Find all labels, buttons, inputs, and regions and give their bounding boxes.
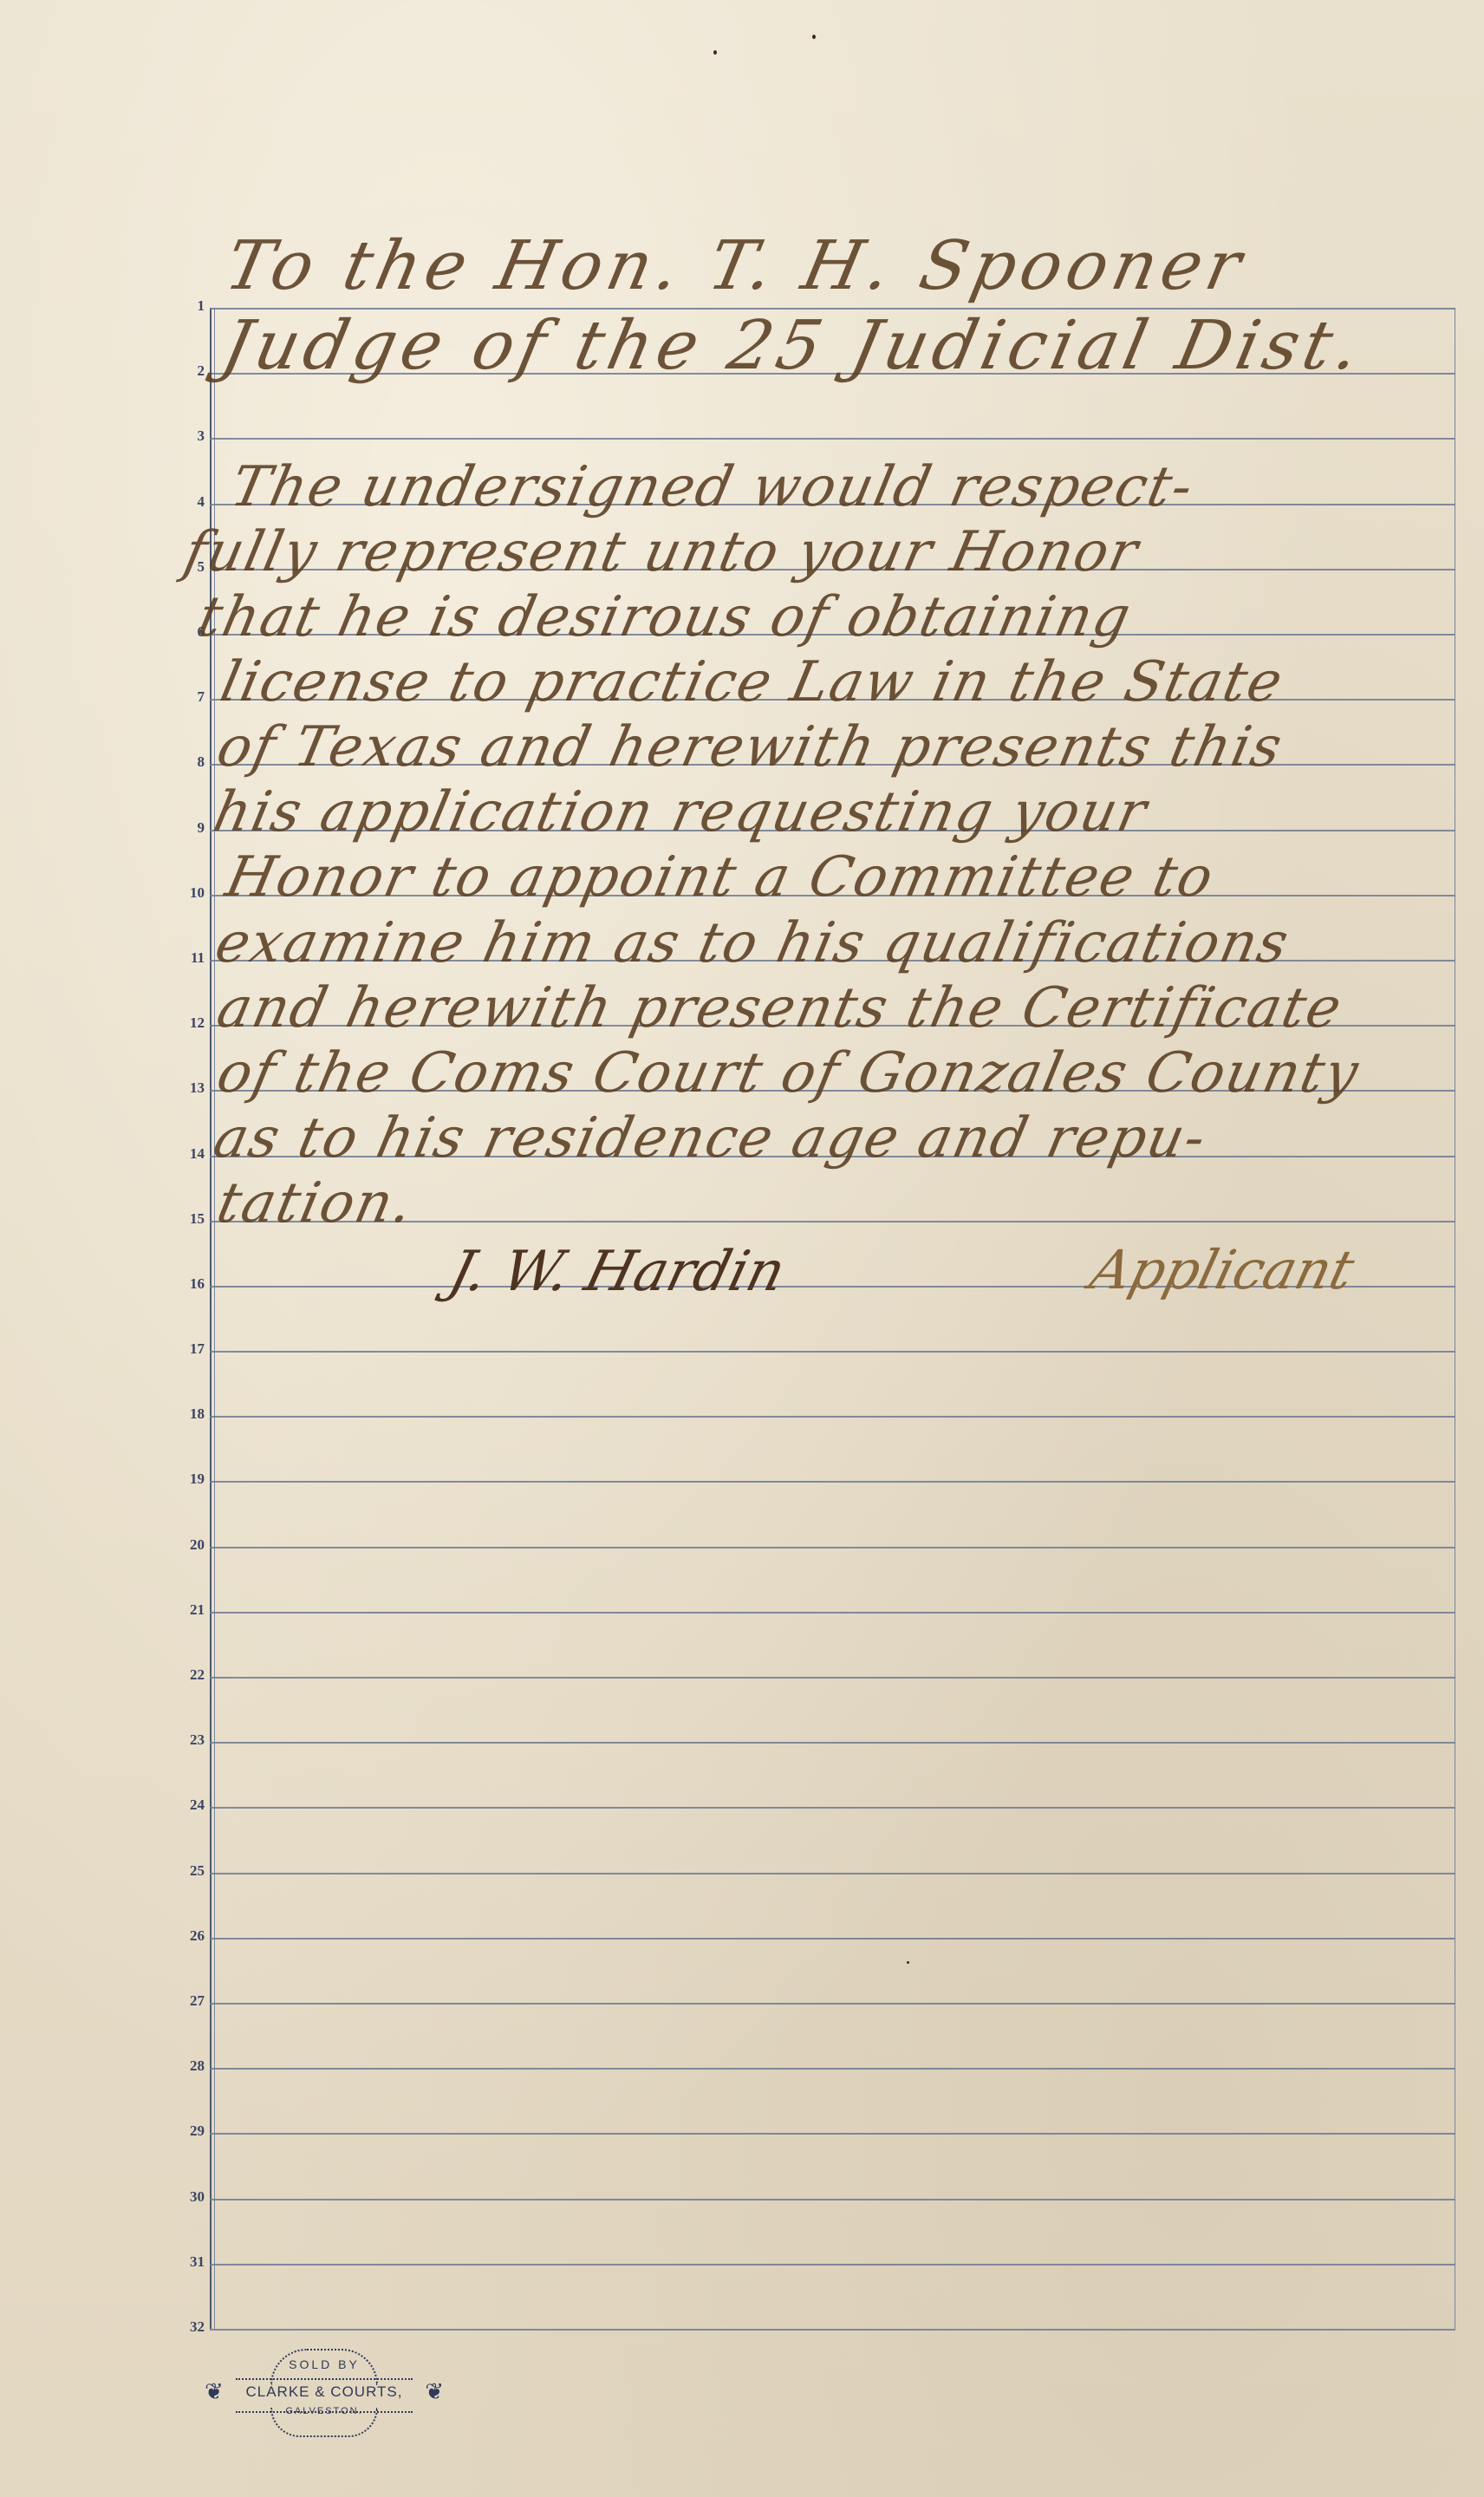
body-line-8: of Texas and herewith presents this (212, 720, 1481, 775)
document-page: 1234567891011121314151617181920212223242… (0, 0, 1484, 2497)
line-number: 14 (180, 1145, 205, 1163)
line-number: 2 (180, 362, 205, 380)
stationer-stamp: ❦ ❦ SOLD BY CLARKE & COURTS, GALVESTON. (201, 2345, 447, 2441)
line-number: 30 (180, 2188, 205, 2206)
line-number: 3 (180, 427, 205, 445)
line-number: 25 (180, 1862, 205, 1880)
stamp-sold-by: SOLD BY (201, 2357, 447, 2371)
line-number: 24 (180, 1796, 205, 1814)
line-number: 13 (180, 1079, 205, 1097)
paper-speck (713, 50, 717, 55)
line-number: 29 (180, 2122, 205, 2140)
line-number: 21 (180, 1601, 205, 1619)
ruled-line (210, 2003, 1455, 2005)
ruled-line (210, 1677, 1455, 1679)
body-line-12: and herewith presents the Certificate (212, 981, 1481, 1036)
body-line-13: of the Coms Court of Gonzales County (212, 1046, 1481, 1101)
paper-speck (812, 35, 816, 39)
line-number: 9 (180, 819, 205, 837)
line-number: 28 (180, 2057, 205, 2075)
body-line-11: examine him as to his qualifications (211, 916, 1480, 971)
body-line-6: that he is desirous of obtaining (193, 590, 1462, 645)
ruled-line (210, 1351, 1455, 1353)
ruled-line (210, 1807, 1455, 1809)
line-number: 26 (180, 1927, 205, 1945)
line-number: 17 (180, 1340, 205, 1358)
line-number: 15 (180, 1210, 205, 1228)
line-number: 11 (180, 949, 205, 967)
body-line-4: The undersigned would respect- (226, 460, 1484, 515)
line-number: 20 (180, 1536, 205, 1554)
ruled-line (210, 2329, 1455, 2331)
ruled-line (210, 1873, 1455, 1874)
body-line-9: his application requesting your (209, 785, 1478, 840)
ruled-line (210, 2264, 1455, 2266)
ruled-line (210, 2199, 1455, 2200)
line-number: 16 (180, 1275, 205, 1293)
heading-line-1: To the Hon. T. H. Spooner (220, 232, 1484, 300)
body-line-15: tation. (212, 1176, 1481, 1231)
line-number: 10 (180, 884, 205, 902)
stamp-city: GALVESTON. (201, 2406, 447, 2416)
heading-line-2: Judge of the 25 Judicial Dist. (217, 312, 1484, 380)
ruled-line (210, 2068, 1455, 2070)
line-number: 23 (180, 1731, 205, 1749)
applicant-signature: J. W. Hardin (443, 1240, 791, 1304)
line-number: 18 (180, 1405, 205, 1423)
line-number: 1 (180, 297, 205, 315)
line-number: 8 (180, 753, 205, 771)
body-line-5: fully represent unto your Honor (179, 525, 1448, 580)
ruled-line (210, 1416, 1455, 1418)
line-number: 31 (180, 2253, 205, 2271)
ruled-line (210, 438, 1455, 440)
line-number: 32 (180, 2318, 205, 2336)
stamp-company-name: CLARKE & COURTS, (201, 2383, 447, 2401)
body-line-14: as to his residence age and repu- (209, 1111, 1478, 1166)
ruled-line (210, 1547, 1455, 1548)
applicant-label: Applicant (1084, 1238, 1361, 1301)
ruled-line (210, 2133, 1455, 2135)
line-number: 27 (180, 1992, 205, 2010)
line-number: 19 (180, 1470, 205, 1488)
ruled-line (210, 1938, 1455, 1940)
ruled-line (210, 1612, 1455, 1614)
line-number: 7 (180, 688, 205, 706)
ruled-line (210, 1742, 1455, 1744)
ruled-line (210, 1481, 1455, 1483)
line-number: 22 (180, 1666, 205, 1684)
line-number: 12 (180, 1014, 205, 1032)
body-line-10: Honor to appoint a Committee to (221, 850, 1484, 905)
line-number: 4 (180, 493, 205, 511)
body-line-7: license to practice Law in the State (216, 655, 1484, 710)
